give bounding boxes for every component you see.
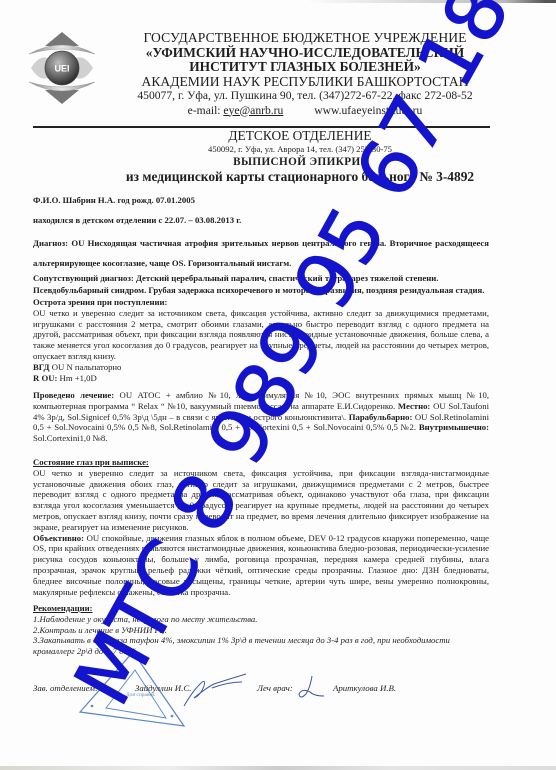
head-signature-icon [182,672,248,710]
contacts: e-mail: eye@anrb.ru www.ufaeyeinstitute.… [130,104,480,119]
iop-label: ВГД [33,362,50,372]
objective-text: OU спокойные, движения глазных яблок в п… [33,533,489,597]
parabulbar-label: Парабульбарно: [349,412,413,422]
institution-type: ГОСУДАРСТВЕННОЕ БЮДЖЕТНОЕ УЧРЕЖДЕНИЕ [130,31,480,46]
objective-label: Объективно: [33,533,84,543]
recommendations-section: Рекомендации: 1.Наблюдение у окулиста, н… [33,603,473,657]
institution-name-1: «УФИМСКИЙ НАУЧНО-ИССЛЕДОВАТЕЛЬСКИЙ [130,46,480,61]
institute-logo-icon: UEI [27,30,97,106]
treatment-label: Проведено лечение: [33,390,114,400]
treatment-section: Проведено лечение: OU АТОС + амблио №10,… [33,390,489,444]
svg-text:UEI: UEI [54,64,69,74]
document-title: ВЫПИСНОЙ ЭПИКРИЗ [120,155,480,169]
doctor-signature-icon [296,674,326,702]
diagnosis-label: Диагноз: [33,238,68,248]
recommendation-item: 1.Наблюдение у окулиста, невролога по ме… [33,614,473,625]
recommendations-title: Рекомендации: [33,603,473,614]
doctor-name: Ариткулова И.В. [333,683,396,693]
scan-edge-bottom [0,766,556,770]
acuity-admission-section: Острота зрения при поступлении: OU четко… [33,297,489,383]
department-name: ДЕТСКОЕ ОТДЕЛЕНИЕ [120,128,480,143]
academy-name: АКАДЕМИИ НАУК РЕСПУБЛИКИ БАШКОРТОСТАН [130,75,480,90]
email-label: e-mail: [188,104,221,117]
im-label: Внутримышечно: [419,422,489,432]
iop-value: OU N пальпаторно [52,362,122,372]
patient-stay: находился в детском отделении с 22.07. –… [33,215,241,225]
concomitant-label: Сопутствующий диагноз: [33,273,134,283]
iop-line: ВГД OU N пальпаторно [33,362,489,373]
objective-block: Объективно: OU спокойные, движения глазн… [33,533,489,598]
email-link[interactable]: eye@anrb.ru [223,104,283,117]
local-label: Местно: [398,401,430,411]
refraction-label: R OU: [33,373,57,383]
acuity-admission-title: Острота зрения при поступлении: [33,297,489,308]
recommendation-item: 2.Контроль и лечение в УФНИИ ГБ. [33,625,473,636]
department-block: ДЕТСКОЕ ОТДЕЛЕНИЕ 450092, г. Уфа, ул. Ав… [120,128,480,185]
patient-fio: Ф.И.О. Шабрин Н.А. год рожд. 07.01.2005 [33,195,195,205]
document-subtitle: из медицинской карты стационарного больн… [120,169,480,185]
refraction-line: R OU: Hm +1,0D [33,373,489,384]
institution-address: 450077, г. Уфа, ул. Пушкина 90, тел. (34… [130,89,480,104]
website-link[interactable]: www.ufaeyeinstitute.ru [314,104,422,117]
im-text: Sol.Cortexini1,0 №8. [33,433,107,443]
diagnosis-text: OU Нисходящая частичная атрофия зрительн… [33,238,489,268]
discharge-text: OU четко и уверенно следит за источником… [33,468,489,533]
concomitant-diagnosis: Сопутствующий диагноз: Детский церебраль… [33,273,489,296]
document-page: UEI ГОСУДАРСТВЕННОЕ БЮДЖЕТНОЕ УЧРЕЖДЕНИЕ… [0,0,556,770]
discharge-section: Состояние глаз при выписке: OU четко и у… [33,457,489,597]
head-signature-label: Зав. отделением: [33,683,98,693]
department-address: 450092, г. Уфа, ул. Аврора 14, тел. (347… [120,143,480,155]
institution-name-2: ИНСТИТУТ ГЛАЗНЫХ БОЛЕЗНЕЙ» [130,60,480,75]
acuity-admission-text: OU четко и уверенно следит за источником… [33,308,489,362]
diagnosis: Диагноз: OU Нисходящая частичная атрофия… [33,233,489,273]
doctor-signature-label: Леч врач: [257,683,293,693]
scan-edge-top [300,0,556,3]
refraction-value: Hm +1,0D [60,373,97,383]
letterhead: ГОСУДАРСТВЕННОЕ БЮДЖЕТНОЕ УЧРЕЖДЕНИЕ «УФ… [130,31,480,118]
discharge-title: Состояние глаз при выписке: [33,457,489,468]
